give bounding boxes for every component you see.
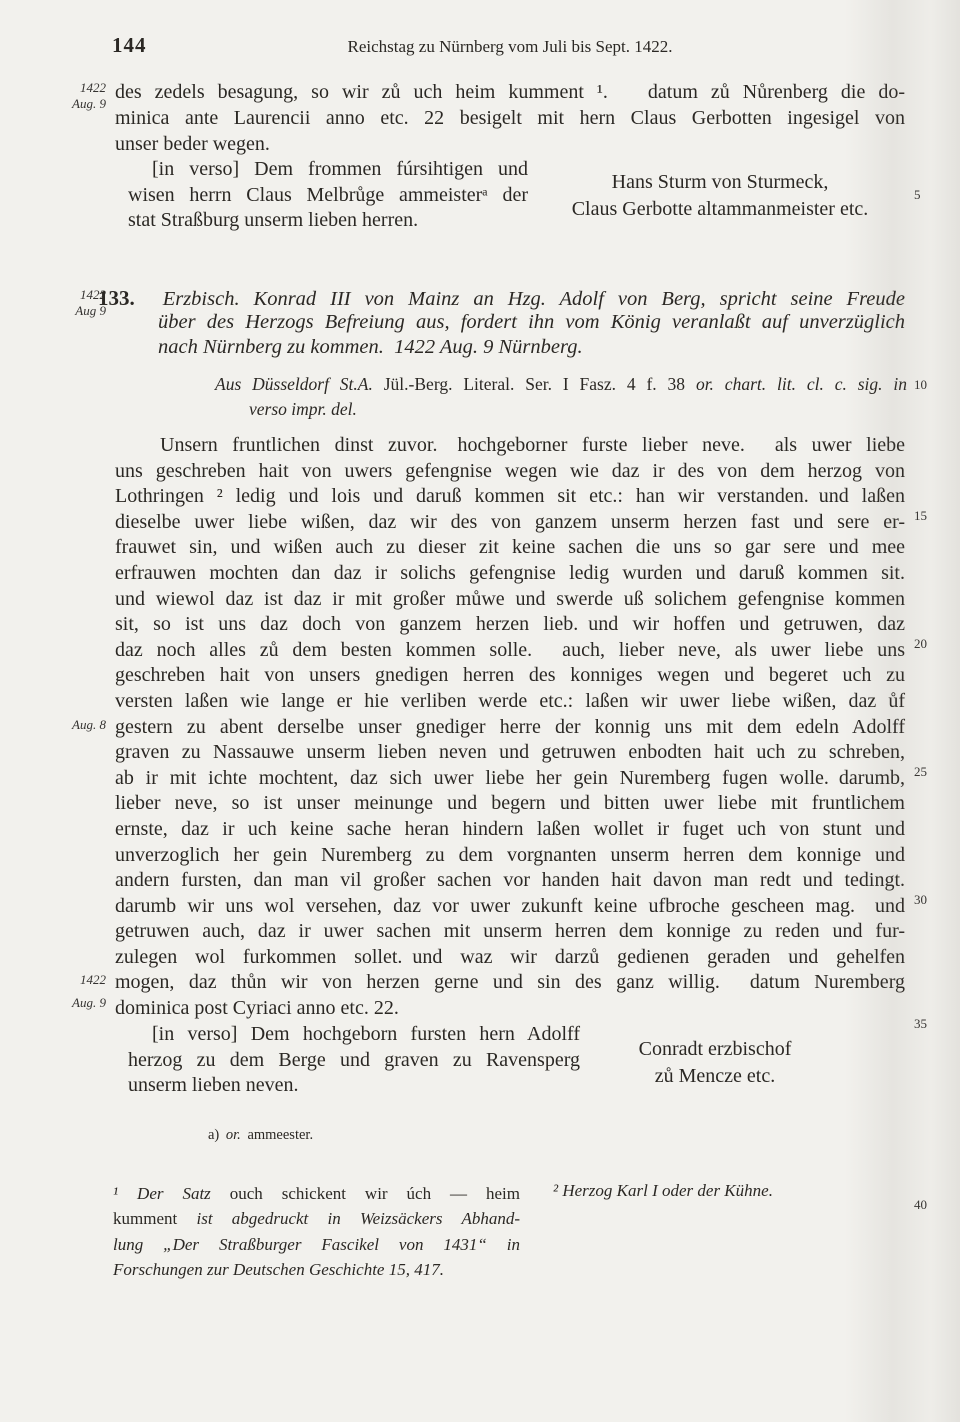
text-line: versten laßen wie lange er hie verliben … [115,689,905,715]
text-line: frauwet sin, und wißen auch zu dieser zi… [115,535,905,561]
text-line: getruwen auch, daz ir uwer sachen mit un… [115,919,905,945]
footnote-1: ¹ Der Satz ouch schickent wir úch — heim… [113,1181,520,1282]
text-line: Hans Sturm von Sturmeck, [545,169,895,196]
text-line: Conradt erzbischof [550,1036,880,1063]
text-line: mogen, daz thůn wir von herzen gerne und… [115,970,905,996]
margin-date-year: 1422 [48,972,106,988]
source-reference: verso impr. del. [249,399,899,420]
text-line: andern fursten, dan man vil großer sache… [115,868,905,894]
margin-date-note: 1422 Aug. 9 [48,80,106,112]
footnote-line: Forschungen zur Deutschen Geschichte 15,… [113,1257,520,1282]
verso-address-block: [in verso] Dem frommen fúrsihtigen und w… [128,157,528,234]
text-line: zulegen wol furkommen sollet. und waz wi… [115,945,905,971]
text-line: stat Straßburg unserm lieben herren. [128,208,528,234]
footnote-segment: kumment [113,1209,177,1228]
line-number-5: 5 [914,187,940,203]
footnote-line: kumment ist abgedruckt in Weizsäckers Ab… [113,1206,520,1231]
text-line: geschreben hait von unsers gnedigen herr… [115,663,905,689]
text-line: und wiewol daz ist daz ir mit großer můw… [115,587,905,613]
text-line: wisen herrn Claus Melbrůge ammeisterᵃ de… [128,183,528,209]
text-line: unser beder wegen. [115,131,905,157]
line-number-10: 10 [914,377,940,393]
text-line: darumb wir uns wol versehen, daz vor uwe… [115,894,905,920]
footnote-line: ¹ Der Satz ouch schickent wir úch — heim [113,1181,520,1206]
margin-date-day: Aug. 9 [48,96,106,112]
margin-date-note: Aug. 8 [48,717,106,733]
text-line: [in verso] Dem frommen fúrsihtigen und [128,157,528,183]
entry-heading: 133. Erzbisch. Konrad III von Mainz an H… [98,286,905,311]
signature-block: Conradt erzbischof zů Mencze etc. [550,1036,880,1090]
text-line: dieselbe uwer liebe wißen, daz wir des v… [115,510,905,536]
source-reference: Aus Düsseldorf St.A. Jül.-Berg. Literal.… [215,374,907,395]
apparatus-note: a) or. ammeester. [208,1127,313,1144]
text-line: minica ante Laurencii anno etc. 22 besig… [115,105,905,131]
entry-number: 133. [98,286,135,310]
apparatus-segment: ammeester. [247,1127,313,1143]
source-reference-segment: Jül.-Berg. Literal. Ser. I Fasz. 4 f. 38 [384,374,685,394]
source-reference-segment: Aus Düsseldorf St.A. [215,374,373,394]
text-line: unserm lieben neven. [128,1073,580,1099]
text-line: herzog zu dem Berge und graven zu Ravens… [128,1048,580,1074]
footnote-segment: ouch schickent wir úch — heim [230,1184,520,1203]
text-line: gestern zu abent derselbe unser gnediger… [115,715,905,741]
text-line: Claus Gerbotte altammanmeister etc. [545,196,895,223]
text-line: dominica post Cyriaci anno etc. 22. [115,996,905,1022]
text-line: zů Mencze etc. [550,1063,880,1090]
text-line: ab ir mit ichte mochtent, daz sich uwer … [115,766,905,792]
line-number-15: 15 [914,508,940,524]
running-title: Reichstag zu Nürnberg vom Juli bis Sept.… [115,37,905,57]
footnote-2: ² Herzog Karl I oder der Kühne. [553,1181,898,1201]
entry-heading-text: über des Herzogs Befreiung aus, fordert … [158,311,905,334]
text-line: lieber neve, so ist unser meinunge und b… [115,791,905,817]
text-line: ernste, daz ir uch keine sache heran hin… [115,817,905,843]
text-line: sit, so ist uns daz doch von ganzem herz… [115,612,905,638]
line-number-40: 40 [914,1197,940,1213]
text-line: unverzoglich her gein Nuremberg zu dem v… [115,843,905,869]
text-line: [in verso] Dem hochgeborn fursten hern A… [128,1022,580,1048]
text-line: daz noch alles zů dem besten kommen soll… [115,638,905,664]
text-line: graven zu Nassauwe unserm lieben neven u… [115,740,905,766]
margin-date-year: 1422 [48,80,106,96]
line-number-35: 35 [914,1016,940,1032]
text-line: Lothringen ² ledig und lois und daruß ko… [115,484,905,510]
apparatus-segment: or. [226,1127,241,1143]
line-number-30: 30 [914,892,940,908]
line-number-25: 25 [914,764,940,780]
letter-body: Unsern fruntlichen dinst zuvor. hochgebo… [115,433,905,1022]
margin-date-day: Aug. 9 [48,995,106,1011]
entry-heading-text: Erzbisch. Konrad III von Mainz an Hzg. A… [163,288,905,310]
footnote-line: lung „Der Straßburger Fascikel von 1431“… [113,1232,520,1257]
line-number-20: 20 [914,636,940,652]
source-reference-segment: or. chart. lit. cl. c. sig. in [696,374,907,394]
text-line: Unsern fruntlichen dinst zuvor. hochgebo… [115,433,905,459]
signature-block: Hans Sturm von Sturmeck, Claus Gerbotte … [545,169,895,223]
entry-heading-text: nach Nürnberg zu kommen. 1422 Aug. 9 Nür… [158,336,905,359]
apparatus-segment: a) [208,1127,219,1143]
previous-entry-paragraph: des zedels besagung, so wir zů uch heim … [115,79,905,157]
text-line: des zedels besagung, so wir zů uch heim … [115,79,905,105]
text-line: erfrauwen mochten dan daz ir solichs gef… [115,561,905,587]
scanned-book-page: 144 Reichstag zu Nürnberg vom Juli bis S… [0,0,960,1422]
footnote-segment: ist abgedruckt in Weizsäckers Abhand- [196,1209,520,1228]
verso-address-block: [in verso] Dem hochgeborn fursten hern A… [128,1022,580,1099]
footnote-segment: ¹ Der Satz [113,1184,211,1203]
text-line: uns geschreben hait von uwers gefengnise… [115,459,905,485]
